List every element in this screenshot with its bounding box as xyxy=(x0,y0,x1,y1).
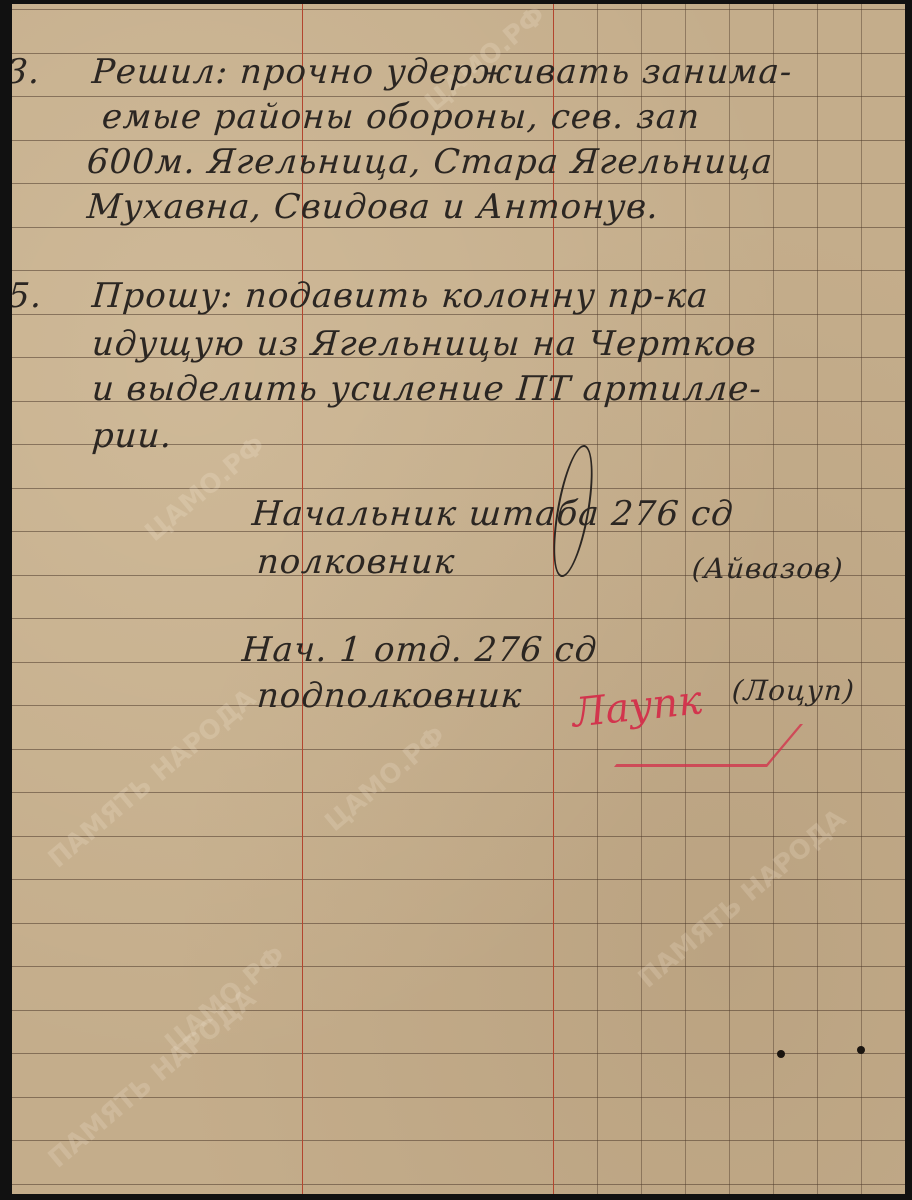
handwritten-line: и выделить усиление ПТ артилле- xyxy=(91,369,764,409)
ruled-line xyxy=(12,1053,905,1054)
paper-hole xyxy=(857,1046,865,1054)
red-margin-line-right xyxy=(553,4,554,1194)
ruled-line xyxy=(12,488,905,489)
ruled-line xyxy=(12,836,905,837)
signatory-title: Начальник штаба 276 сд xyxy=(251,494,736,534)
grid-line xyxy=(773,4,774,1194)
grid-line xyxy=(729,4,730,1194)
ruled-line xyxy=(12,618,905,619)
handwritten-line: рии. xyxy=(91,416,174,456)
grid-line xyxy=(685,4,686,1194)
ruled-line xyxy=(12,923,905,924)
grid-line xyxy=(641,4,642,1194)
signatory-name: (Лоцуп) xyxy=(731,674,856,707)
signatory-rank: подполковник xyxy=(256,676,524,716)
grid-line xyxy=(861,4,862,1194)
watermark: ПАМЯТЬ НАРОДА xyxy=(43,984,262,1175)
signatory-title: Нач. 1 отд. 276 сд xyxy=(241,630,599,670)
handwritten-line: емые районы обороны, сев. зап xyxy=(101,97,702,137)
paragraph-number: 3. xyxy=(12,52,42,92)
ruled-line xyxy=(12,1184,905,1185)
ruled-line xyxy=(12,183,905,184)
signatory-name: (Айвазов) xyxy=(691,552,845,585)
red-signature-flourish xyxy=(614,724,803,767)
ruled-line xyxy=(12,1140,905,1141)
handwritten-line: Прошу: подавить колонну пр-ка xyxy=(91,276,710,316)
handwritten-line: 600м. Ягельница, Стара Ягельница xyxy=(86,142,775,182)
grid-line xyxy=(817,4,818,1194)
ruled-line xyxy=(12,1010,905,1011)
document-page: ЦАМО.РФ ЦАМО.РФ ПАМЯТЬ НАРОДА ЦАМО.РФ ЦА… xyxy=(12,4,905,1194)
paper-hole xyxy=(777,1050,785,1058)
grid-line xyxy=(597,4,598,1194)
handwritten-line: идущую из Ягельницы на Чертков xyxy=(91,324,759,364)
paragraph-number: 5. xyxy=(12,276,44,316)
ruled-line xyxy=(12,270,905,271)
watermark: ПАМЯТЬ НАРОДА xyxy=(43,684,262,875)
ruled-line xyxy=(12,9,905,10)
ruled-line xyxy=(12,966,905,967)
handwritten-line: Решил: прочно удерживать занима- xyxy=(91,52,794,92)
watermark: ЦАМО.РФ xyxy=(320,720,452,837)
ruled-line xyxy=(12,140,905,141)
signatory-rank: полковник xyxy=(256,542,457,582)
red-margin-line-left xyxy=(302,4,303,1194)
handwritten-line: Мухавна, Свидова и Антонув. xyxy=(86,187,661,227)
